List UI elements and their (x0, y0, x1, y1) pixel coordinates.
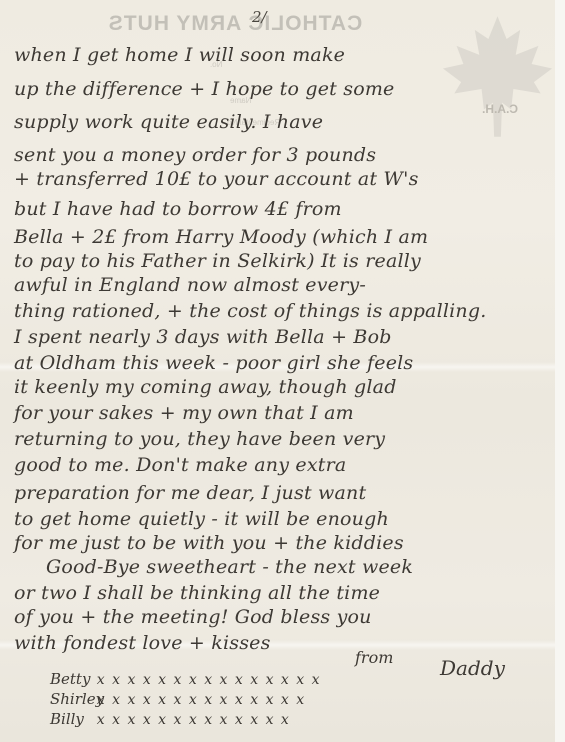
kisses-row: Shirley x x x x x x x x x x x x x x (50, 690, 306, 708)
letter-line: up the difference + I hope to get some (14, 80, 395, 99)
letter-line: Good-Bye sweetheart - the next week (46, 558, 413, 577)
kisses-marks: x x x x x x x x x x x x x (97, 712, 291, 728)
kisses-row: Billy x x x x x x x x x x x x x (50, 710, 290, 728)
letter-line: good to me. Don't make any extra (14, 456, 346, 475)
letter-line: at Oldham this week - poor girl she feel… (14, 354, 413, 373)
letter-line: for me just to be with you + the kiddies (14, 534, 404, 553)
letter-line: thing rationed, + the cost of things is … (14, 302, 486, 321)
letter-line: preparation for me dear, I just want (14, 484, 366, 503)
letter-line: returning to you, they have been very (14, 430, 385, 449)
letter-line: sent you a money order for 3 pounds (14, 146, 376, 165)
signature-name: Daddy (440, 656, 505, 680)
letter-line: Bella + 2£ from Harry Moody (which I am (14, 228, 428, 247)
kisses-name: Shirley (50, 690, 92, 708)
scan-edge (555, 0, 565, 742)
kisses-marks: x x x x x x x x x x x x x x x (97, 672, 321, 688)
letter-line: when I get home I will soon make (14, 46, 345, 65)
letter-line: to get home quietly - it will be enough (14, 510, 389, 529)
page-marker: 2/ (252, 8, 267, 26)
letter-line: but I have had to borrow 4£ from (14, 200, 342, 219)
kisses-row: Betty x x x x x x x x x x x x x x x (50, 670, 321, 688)
letter-line: of you + the meeting! God bless you (14, 608, 372, 627)
letter-line: + transferred 10£ to your account at W's (14, 170, 419, 189)
letter-line: it keenly my coming away, though glad (14, 378, 397, 397)
letter-line: supply work quite easily. I have (14, 113, 323, 132)
kisses-name: Betty (50, 670, 92, 688)
letter-page: CATHOLIC ARMY HUTS C.A.H. No. Name Regim… (0, 0, 565, 742)
letter-line: awful in England now almost every- (14, 276, 366, 295)
letter-line: for your sakes + my own that I am (14, 404, 354, 423)
kisses-name: Billy (50, 710, 92, 728)
signature-from: from (355, 648, 393, 667)
letter-line: to pay to his Father in Selkirk) It is r… (14, 252, 421, 271)
letter-line: I spent nearly 3 days with Bella + Bob (14, 328, 392, 347)
emblem-label: C.A.H. (470, 102, 530, 116)
letter-line: or two I shall be thinking all the time (14, 584, 380, 603)
letterhead-showthrough: CATHOLIC ARMY HUTS (70, 12, 400, 36)
maple-leaf-icon (440, 14, 555, 139)
kisses-marks: x x x x x x x x x x x x x x (97, 692, 306, 708)
letter-line: with fondest love + kisses (14, 634, 271, 653)
